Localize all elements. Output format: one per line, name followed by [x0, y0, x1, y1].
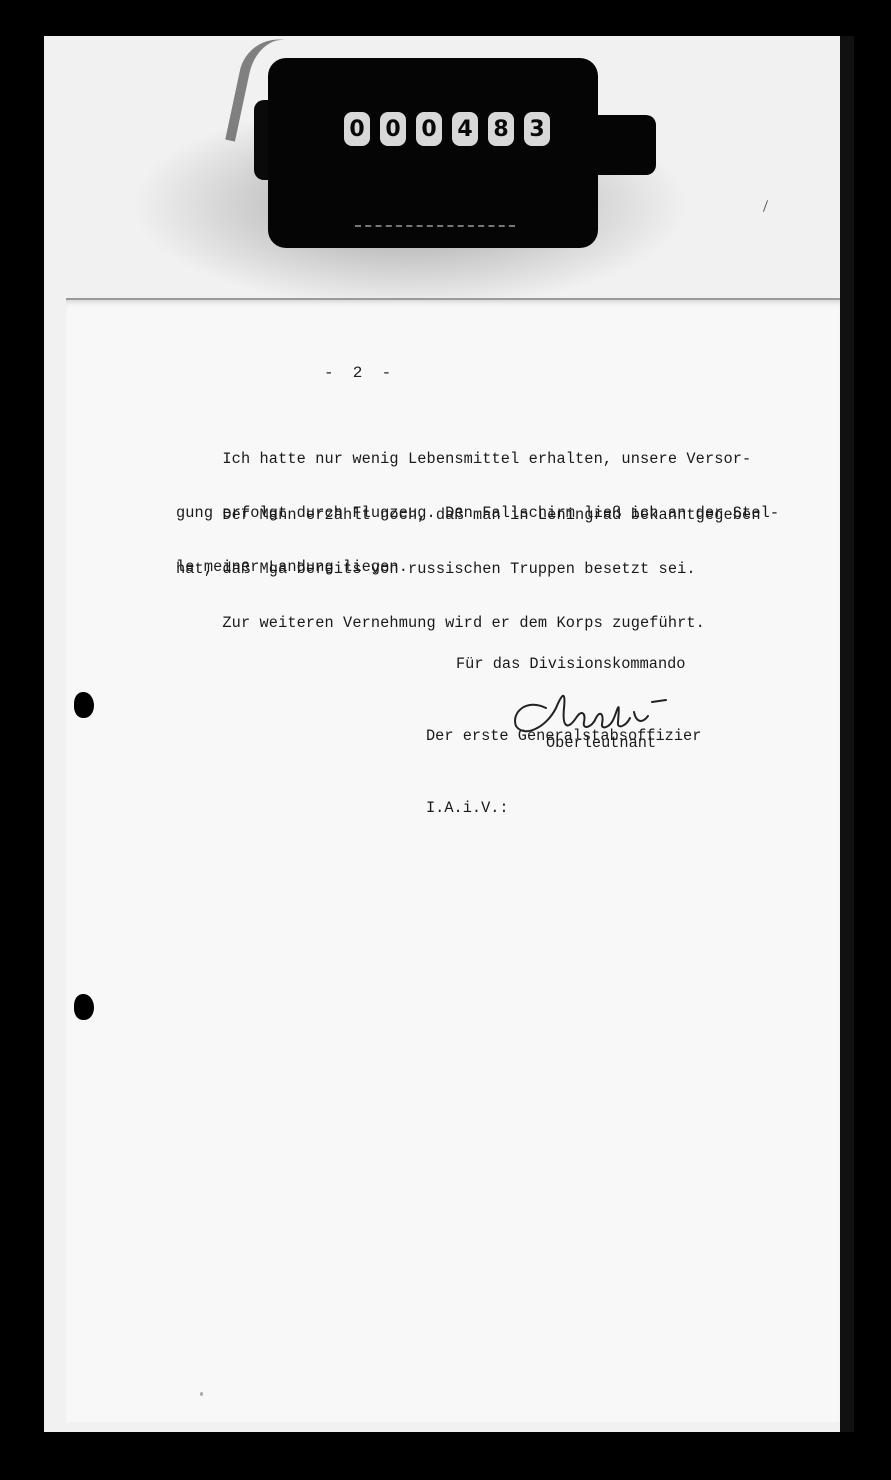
frame-counter-device: [268, 58, 598, 248]
signature-rank: Oberleutnant: [546, 734, 656, 752]
text-line: Der Mann erzählt noch, daß man in Lening…: [176, 506, 761, 524]
signature-authority: I.A.i.V.:: [426, 796, 701, 820]
counter-digit: 3: [524, 112, 550, 146]
counter-digit: 0: [380, 112, 406, 146]
counter-digit: 0: [416, 112, 442, 146]
document-page: - 2 - Ich hatte nur wenig Lebensmittel e…: [66, 298, 840, 1422]
signature-office: Für das Divisionskommando: [426, 652, 701, 676]
counter-digit: 0: [344, 112, 370, 146]
punch-hole: [74, 692, 94, 718]
counter-digit: 4: [452, 112, 478, 146]
text-line: hat, daß Mga bereits von russischen Trup…: [176, 560, 761, 578]
text-line: Ich hatte nur wenig Lebensmittel erhalte…: [176, 450, 779, 468]
counter-reset-knob: [588, 115, 656, 175]
punch-hole: [74, 994, 94, 1020]
paper-speck: [200, 1392, 203, 1396]
counter-digit: 8: [488, 112, 514, 146]
page-number: - 2 -: [324, 364, 391, 382]
counter-label-mark: [355, 225, 515, 230]
film-edge: [840, 36, 854, 1432]
frame-counter-digits: 0 0 0 4 8 3: [344, 112, 550, 146]
